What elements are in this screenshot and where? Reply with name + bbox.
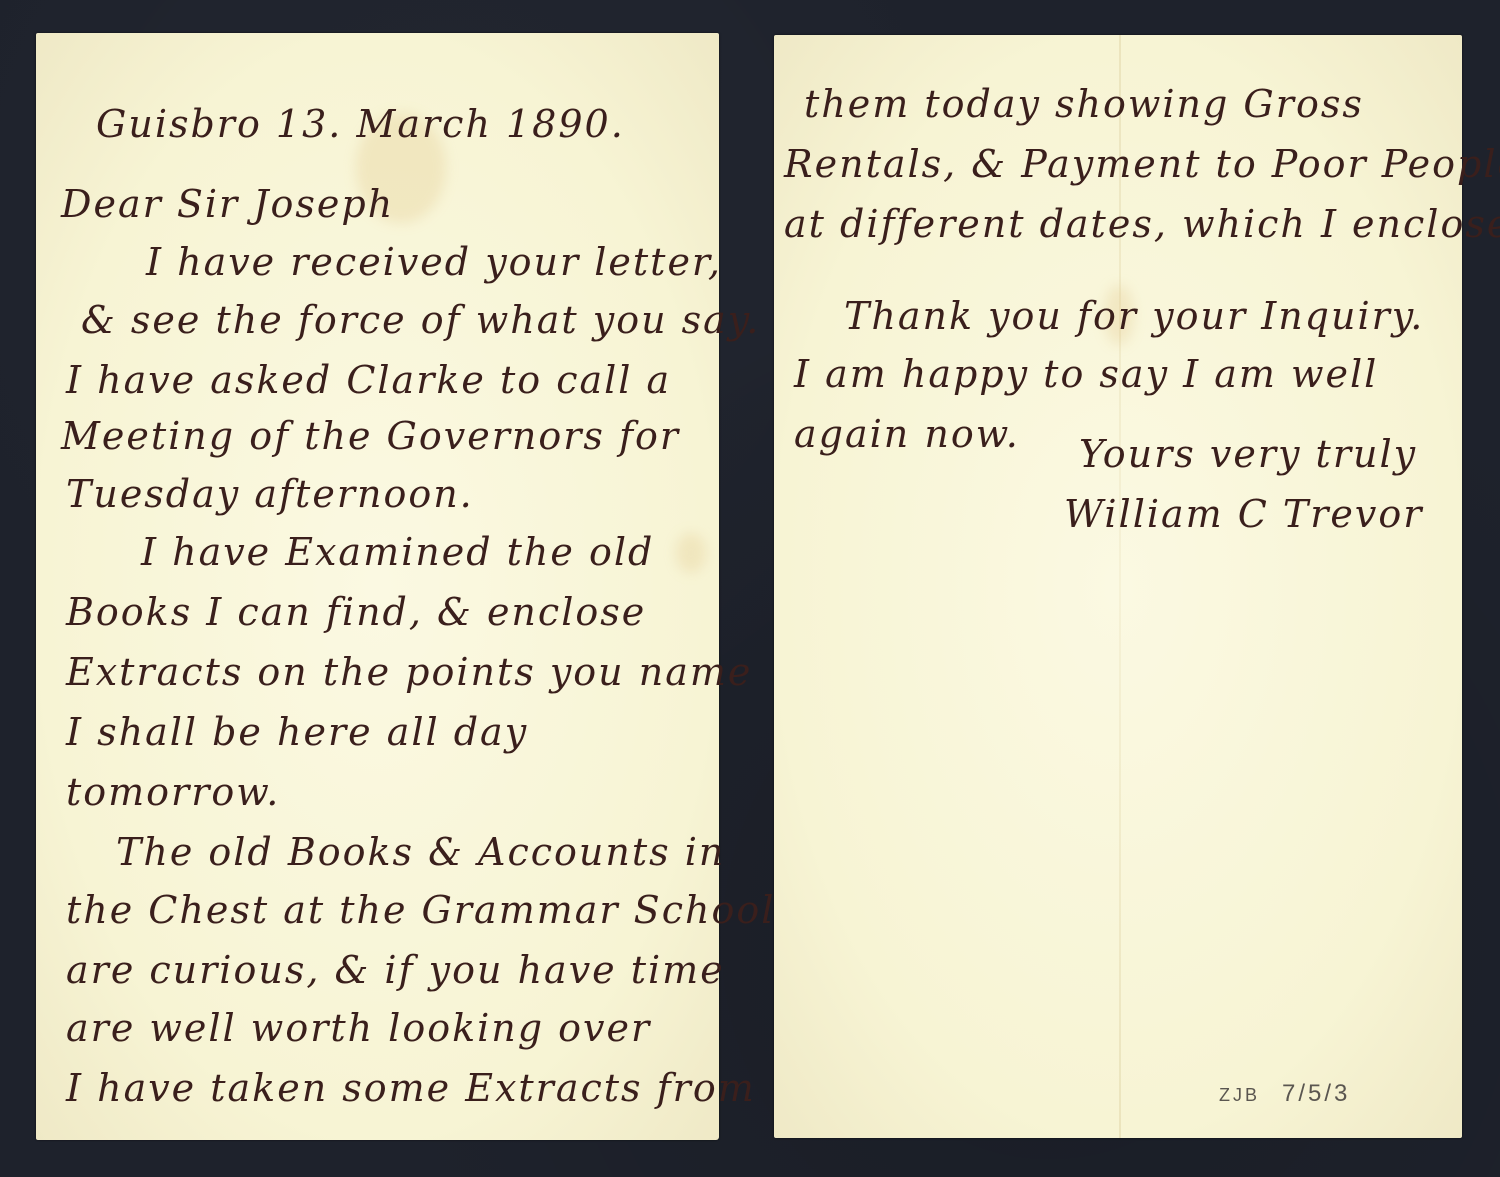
closing: Yours very truly bbox=[1079, 435, 1417, 473]
paper-fold-crease bbox=[1119, 35, 1121, 1138]
letter-line: Meeting of the Governors for bbox=[61, 417, 680, 455]
letter-line: the Chest at the Grammar School bbox=[66, 891, 775, 929]
letter-line: are curious, & if you have time bbox=[66, 951, 725, 989]
letter-line: I have Examined the old bbox=[141, 533, 654, 571]
paper-stain bbox=[676, 533, 706, 573]
letter-page-2: them today showing Gross Rentals, & Paym… bbox=[774, 35, 1462, 1138]
letter-page-1: Guisbro 13. March 1890. Dear Sir Joseph … bbox=[36, 33, 719, 1140]
archive-code: ZJB bbox=[1219, 1085, 1260, 1105]
letter-line: I have taken some Extracts from bbox=[66, 1069, 756, 1107]
letter-line: Tuesday afternoon. bbox=[66, 475, 474, 513]
letter-line: & see the force of what you say. bbox=[81, 301, 760, 339]
archive-reference: ZJB7/5/3 bbox=[1219, 1080, 1350, 1108]
salutation: Dear Sir Joseph bbox=[61, 185, 394, 223]
letter-line: again now. bbox=[794, 415, 1020, 453]
letter-line: I have asked Clarke to call a bbox=[66, 361, 671, 399]
archive-number: 7/5/3 bbox=[1282, 1080, 1350, 1107]
letter-heading-place-date: Guisbro 13. March 1890. bbox=[96, 105, 625, 143]
letter-line: them today showing Gross bbox=[804, 85, 1364, 123]
letter-line: at different dates, which I enclose bbox=[784, 205, 1500, 243]
letter-line: Thank you for your Inquiry. bbox=[844, 297, 1424, 335]
letter-line: Books I can find, & enclose bbox=[66, 593, 646, 631]
letter-line: Rentals, & Payment to Poor People bbox=[784, 145, 1500, 183]
letter-line: I shall be here all day bbox=[66, 713, 528, 751]
letter-line: Extracts on the points you name bbox=[66, 653, 752, 691]
letter-line: are well worth looking over bbox=[66, 1009, 651, 1047]
letter-line: The old Books & Accounts in bbox=[116, 833, 725, 871]
letter-line: I have received your letter, bbox=[146, 243, 722, 281]
letter-line: I am happy to say I am well bbox=[794, 355, 1378, 393]
signature: William C Trevor bbox=[1064, 495, 1423, 533]
letter-line: tomorrow. bbox=[66, 773, 280, 811]
